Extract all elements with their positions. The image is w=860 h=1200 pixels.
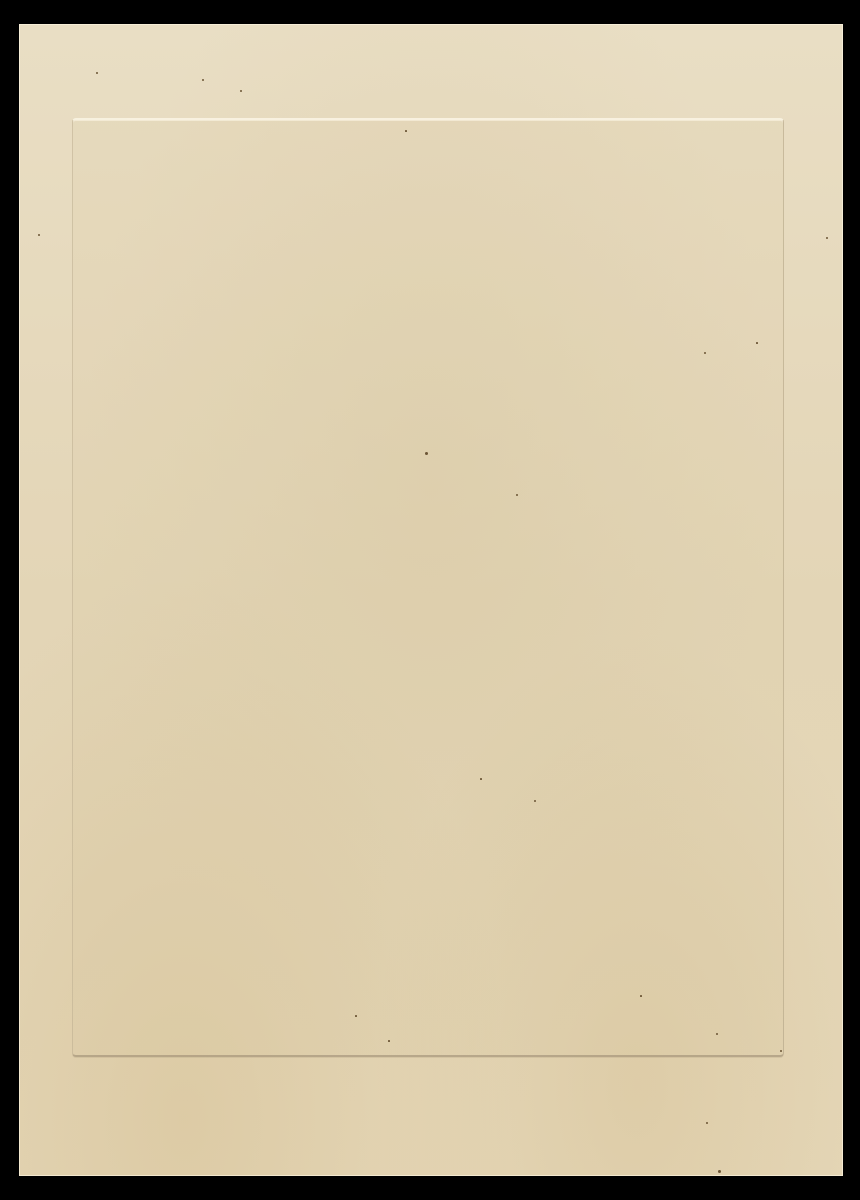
foxing-speck xyxy=(640,995,642,997)
photo-stage xyxy=(0,0,860,1200)
foxing-speck xyxy=(826,237,828,239)
foxing-speck xyxy=(704,352,706,354)
paper-sheet xyxy=(19,24,843,1176)
foxing-speck xyxy=(355,1015,357,1017)
foxing-speck xyxy=(718,1170,721,1173)
foxing-speck xyxy=(706,1122,708,1124)
foxing-speck xyxy=(96,72,98,74)
foxing-speck xyxy=(756,342,758,344)
plate-mark xyxy=(72,118,784,1057)
foxing-speck xyxy=(38,234,40,236)
foxing-speck xyxy=(516,494,518,496)
foxing-speck xyxy=(534,800,536,802)
foxing-speck xyxy=(405,130,407,132)
foxing-speck xyxy=(388,1040,390,1042)
foxing-speck xyxy=(202,79,204,81)
foxing-speck xyxy=(240,90,242,92)
foxing-speck xyxy=(716,1033,718,1035)
foxing-speck xyxy=(780,1050,782,1052)
foxing-speck xyxy=(480,778,482,780)
foxing-speck xyxy=(425,452,428,455)
